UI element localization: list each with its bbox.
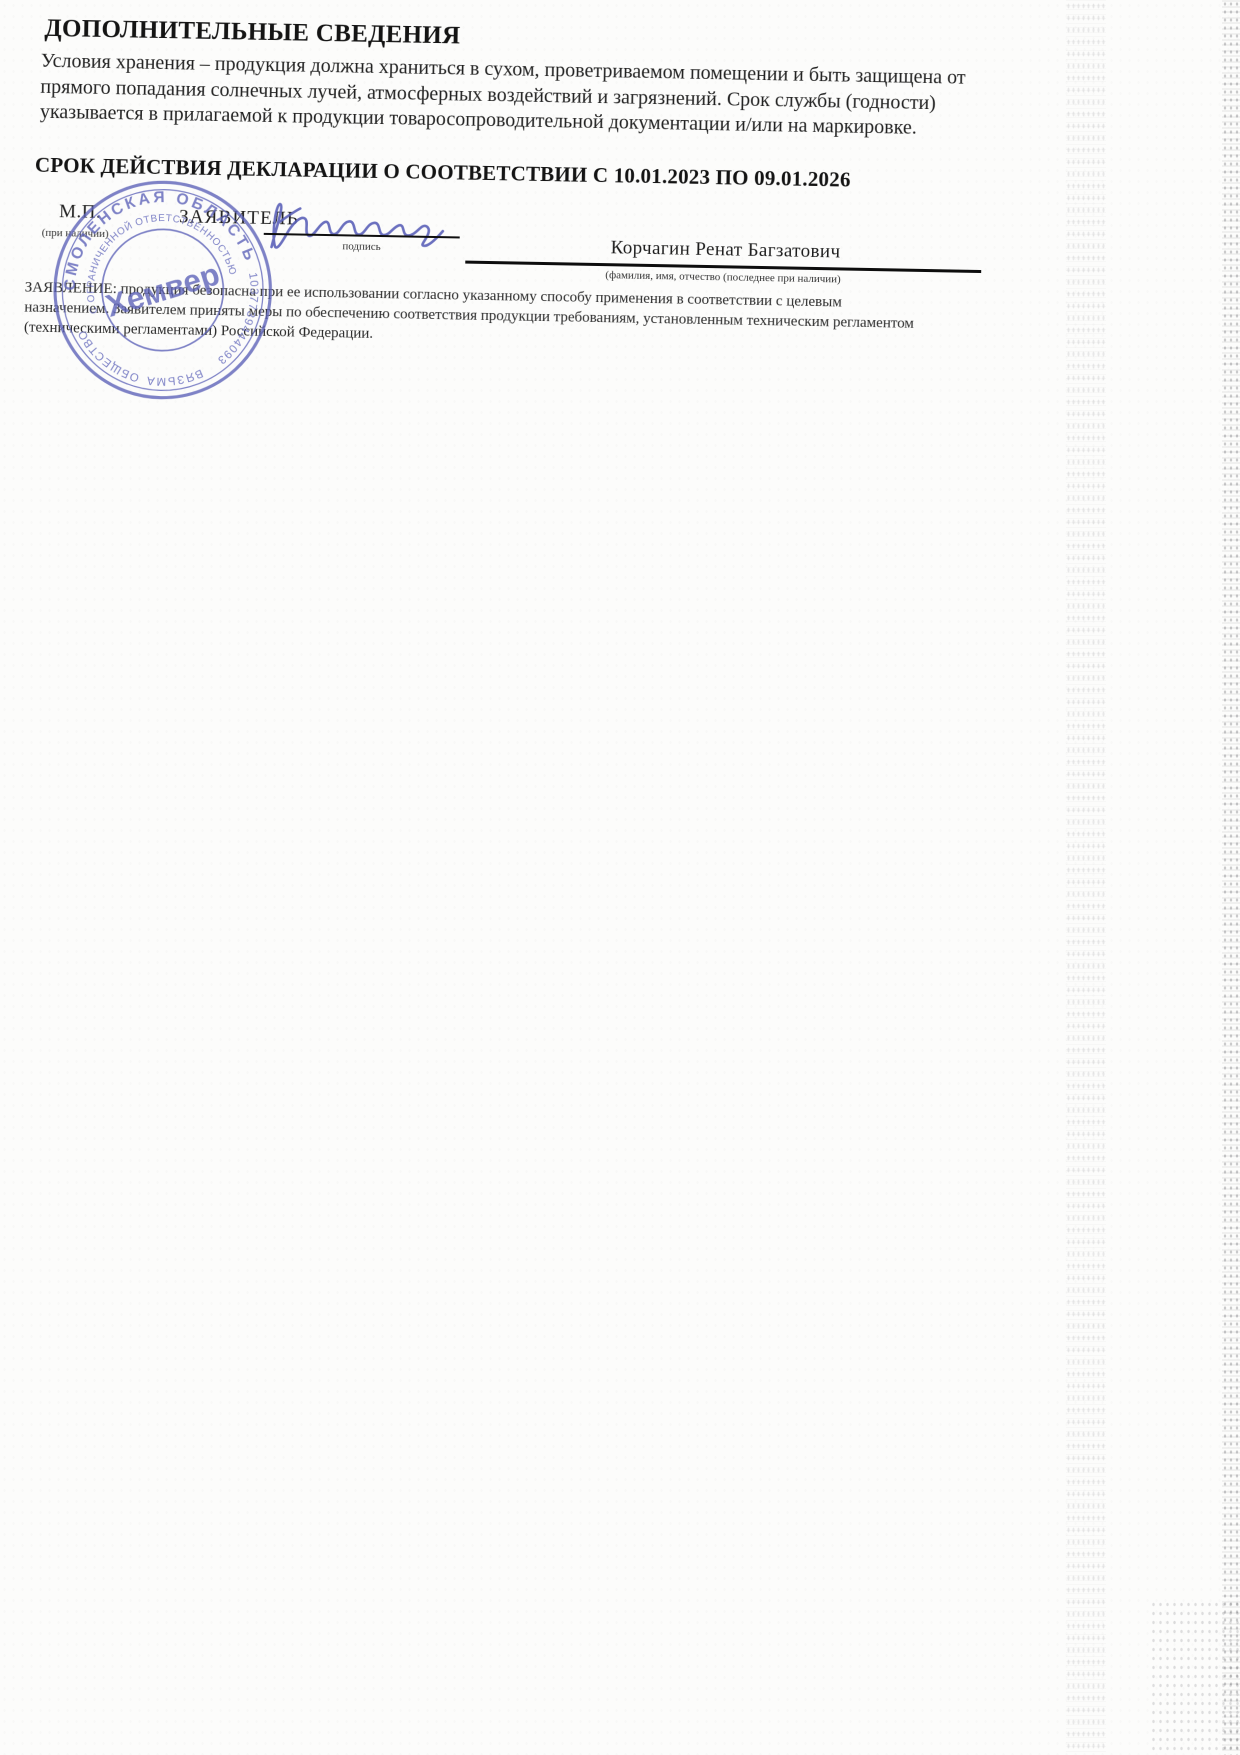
scanned-document: ДОПОЛНИТЕЛЬНЫЕ СВЕДЕНИЯ Условия хранения…: [0, 0, 1150, 1721]
company-stamp: СМОЛЕНСКАЯ ОБЛАСТЬ 1037739444093 ВЯЗЬМА …: [14, 142, 311, 439]
additional-info-heading: ДОПОЛНИТЕЛЬНЫЕ СВЕДЕНИЯ: [44, 15, 460, 51]
scan-edge-noise: [1222, 0, 1240, 1755]
storage-conditions-paragraph: Условия хранения – продукция должна хран…: [40, 49, 991, 143]
stamp-company-name: Хемвер: [102, 256, 224, 323]
company-stamp-graphic: СМОЛЕНСКАЯ ОБЛАСТЬ 1037739444093 ВЯЗЬМА …: [14, 142, 311, 439]
scan-corner-noise: [1150, 1600, 1240, 1755]
